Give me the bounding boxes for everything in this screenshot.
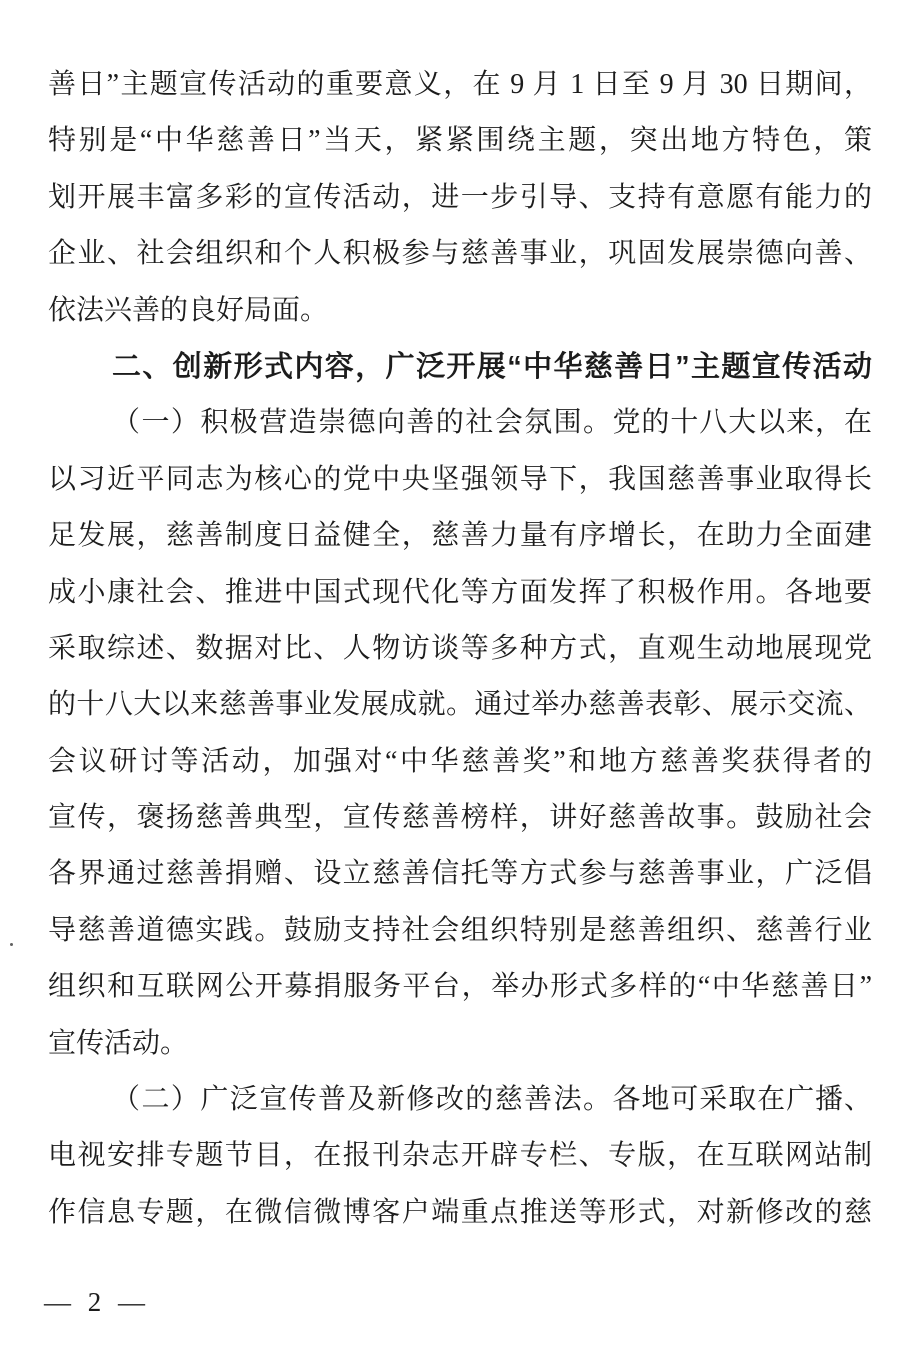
scanned-document-page: 善日”主题宣传活动的重要意义，在 9 月 1 日至 9 月 30 日期间， 特别…	[0, 0, 915, 1353]
text-line: 善日”主题宣传活动的重要意义，在 9 月 1 日至 9 月 30 日期间，	[48, 57, 872, 113]
text-line: 宣传，褒扬慈善典型，宣传慈善榜样，讲好慈善故事。鼓励社会	[48, 790, 872, 846]
text-line: 以习近平同志为核心的党中央坚强领导下，我国慈善事业取得长	[48, 452, 872, 508]
text-line: 采取综述、数据对比、人物访谈等多种方式，直观生动地展现党	[48, 621, 872, 677]
text-line: 电视安排专题节目，在报刊杂志开辟专栏、专版，在互联网站制	[48, 1128, 872, 1184]
scan-speck	[10, 943, 13, 946]
text-line: 依法兴善的良好局面。	[48, 283, 872, 339]
text-line: 划开展丰富多彩的宣传活动，进一步引导、支持有意愿有能力的	[48, 170, 872, 226]
text-line: 企业、社会组织和个人积极参与慈善事业，巩固发展崇德向善、	[48, 226, 872, 282]
paragraph-lead: （一）积极营造崇德向善的社会氛围。	[112, 407, 612, 438]
text-line: 会议研讨等活动，加强对“中华慈善奖”和地方慈善奖获得者的	[48, 734, 872, 790]
text-line: 足发展，慈善制度日益健全，慈善力量有序增长，在助力全面建	[48, 508, 872, 564]
paragraph-lead: （二）广泛宣传普及新修改的慈善法。	[112, 1084, 612, 1115]
text-line: 组织和互联网公开募捐服务平台，举办形式多样的“中华慈善日”	[48, 959, 872, 1015]
document-body: 善日”主题宣传活动的重要意义，在 9 月 1 日至 9 月 30 日期间， 特别…	[48, 57, 872, 1241]
text-line: 特别是“中华慈善日”当天，紧紧围绕主题，突出地方特色，策	[48, 113, 872, 169]
page-number: — 2 —	[44, 1280, 150, 1324]
paragraph-text: 各地可采取在广播、	[612, 1084, 872, 1115]
text-line: （一）积极营造崇德向善的社会氛围。党的十八大以来，在	[48, 395, 872, 451]
text-line: 各界通过慈善捐赠、设立慈善信托等方式参与慈善事业，广泛倡	[48, 846, 872, 902]
text-line: 作信息专题，在微信微博客户端重点推送等形式，对新修改的慈	[48, 1185, 872, 1241]
text-line: 导慈善道德实践。鼓励支持社会组织特别是慈善组织、慈善行业	[48, 903, 872, 959]
text-line: 成小康社会、推进中国式现代化等方面发挥了积极作用。各地要	[48, 565, 872, 621]
text-line: （二）广泛宣传普及新修改的慈善法。各地可采取在广播、	[48, 1072, 872, 1128]
paragraph-text: 党的十八大以来，在	[612, 407, 872, 438]
text-line: 宣传活动。	[48, 1016, 872, 1072]
text-line: 的十八大以来慈善事业发展成就。通过举办慈善表彰、展示交流、	[48, 677, 872, 733]
section-heading: 二、创新形式内容，广泛开展“中华慈善日”主题宣传活动	[48, 339, 872, 395]
